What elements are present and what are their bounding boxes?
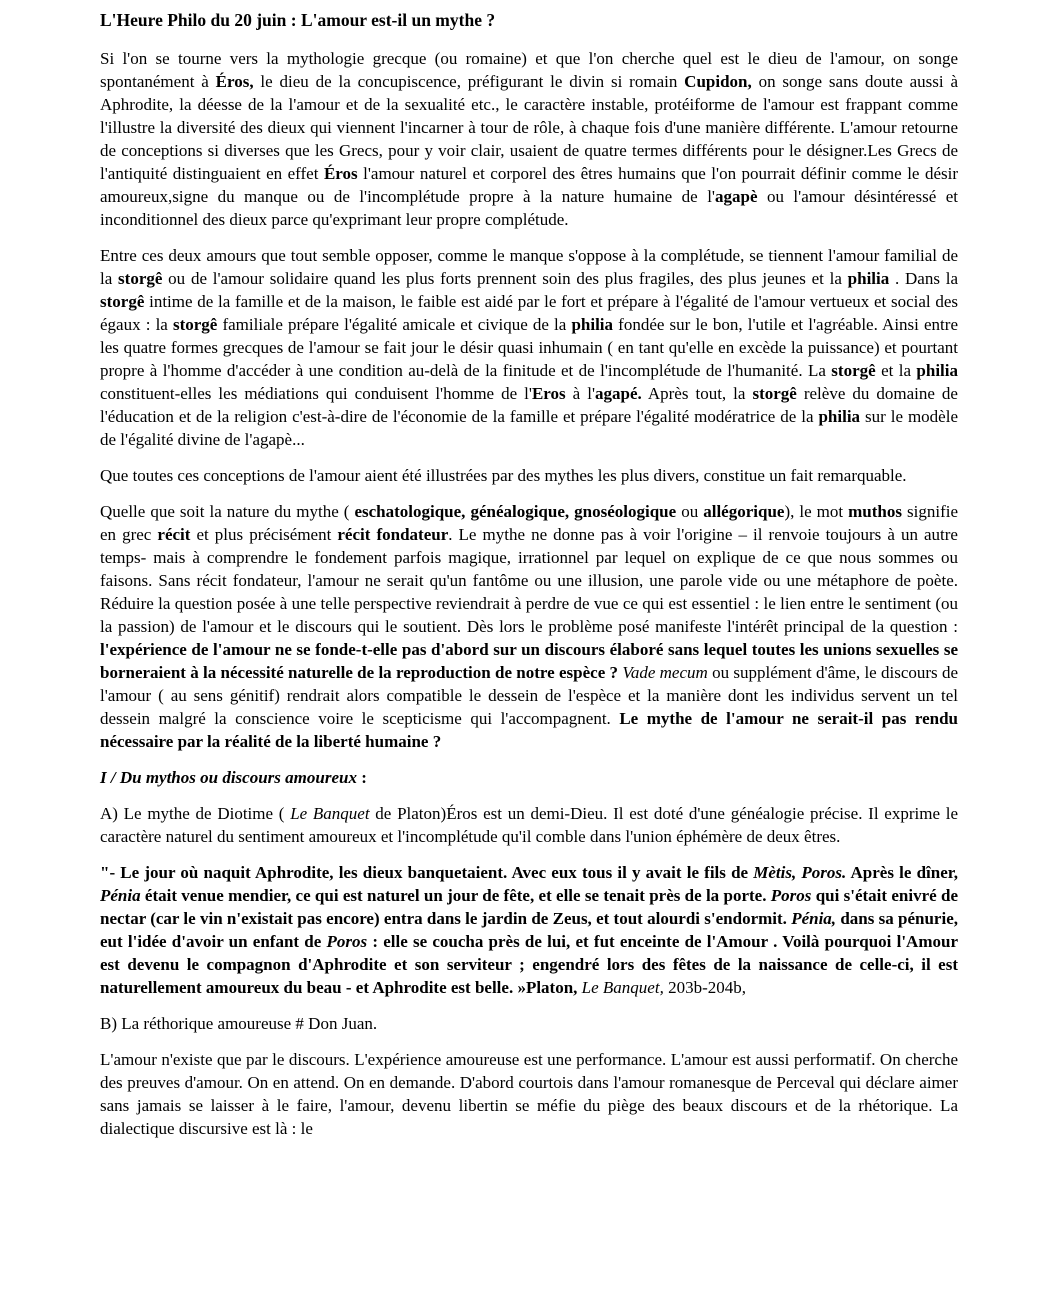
text-run: . Dans la bbox=[889, 269, 958, 288]
text-run: et plus précisément bbox=[190, 525, 337, 544]
paragraph-citation-banquet: "- Le jour où naquit Aphrodite, les dieu… bbox=[100, 861, 958, 999]
text-run: storgê bbox=[118, 269, 162, 288]
text-run: Quelle que soit la nature du mythe ( bbox=[100, 502, 354, 521]
text-run: récit fondateur bbox=[337, 525, 448, 544]
text-run: le dieu de la concupiscence, préfigurant… bbox=[254, 72, 685, 91]
text-run: Eros bbox=[532, 384, 566, 403]
text-run: agapé. bbox=[595, 384, 642, 403]
paragraph-mythologie-grecque: Si l'on se tourne vers la mythologie gre… bbox=[100, 47, 958, 231]
text-run: Éros, bbox=[216, 72, 254, 91]
text-run: storgê bbox=[100, 292, 144, 311]
text-run: storgê bbox=[173, 315, 217, 334]
text-run: "- Le jour où naquit Aphrodite, les dieu… bbox=[100, 863, 753, 882]
text-run: eschatologique, généalogique, gnoséologi… bbox=[354, 502, 676, 521]
text-run: philia bbox=[818, 407, 860, 426]
text-run: A) Le mythe de Diotime ( bbox=[100, 804, 290, 823]
paragraph-mythes-divers: Que toutes ces conceptions de l'amour ai… bbox=[100, 464, 958, 487]
text-run: philia bbox=[848, 269, 890, 288]
section-heading-mythos: I / Du mythos ou discours amoureux : bbox=[100, 766, 958, 789]
text-run: : bbox=[357, 768, 367, 787]
paragraph-quatre-amours: Entre ces deux amours que tout semble op… bbox=[100, 244, 958, 451]
text-run: Mètis, bbox=[753, 863, 796, 882]
document-title: L'Heure Philo du 20 juin : L'amour est-i… bbox=[100, 9, 958, 32]
text-run: était venue mendier, ce qui est naturel … bbox=[141, 886, 771, 905]
text-run: Après le dîner, bbox=[846, 863, 958, 882]
text-run: Vade mecum bbox=[622, 663, 707, 682]
text-run: muthos bbox=[848, 502, 902, 521]
text-run: Poros. bbox=[801, 863, 846, 882]
text-run: à l' bbox=[566, 384, 595, 403]
paragraph-amour-discours: L'amour n'existe que par le discours. L'… bbox=[100, 1048, 958, 1140]
paragraph-rhetorique-don-juan: B) La réthorique amoureuse # Don Juan. bbox=[100, 1012, 958, 1035]
text-run: storgê bbox=[752, 384, 796, 403]
text-run: familiale prépare l'égalité amicale et c… bbox=[217, 315, 571, 334]
text-run: Le Banquet bbox=[290, 804, 369, 823]
text-run: agapè bbox=[715, 187, 758, 206]
text-run: récit bbox=[157, 525, 190, 544]
text-run: Cupidon, bbox=[684, 72, 752, 91]
text-run: I / Du mythos ou discours amoureux bbox=[100, 768, 357, 787]
text-run: ), le mot bbox=[784, 502, 848, 521]
paragraph-nature-du-mythe: Quelle que soit la nature du mythe ( esc… bbox=[100, 500, 958, 753]
text-run: Après tout, la bbox=[642, 384, 753, 403]
text-run: ou de l'amour solidaire quand les plus f… bbox=[162, 269, 847, 288]
text-run: et la bbox=[876, 361, 917, 380]
text-run: Éros bbox=[324, 164, 358, 183]
paragraph-mythe-de-diotime: A) Le mythe de Diotime ( Le Banquet de P… bbox=[100, 802, 958, 848]
text-run: Que toutes ces conceptions de l'amour ai… bbox=[100, 466, 907, 485]
text-run: allégorique bbox=[703, 502, 784, 521]
text-run: Pénia, bbox=[791, 909, 836, 928]
text-run: L'amour n'existe que par le discours. L'… bbox=[100, 1050, 958, 1138]
text-run: 203b-204b, bbox=[664, 978, 746, 997]
text-run: ou bbox=[676, 502, 703, 521]
text-run: B) La réthorique amoureuse # Don Juan. bbox=[100, 1014, 377, 1033]
text-run: philia bbox=[571, 315, 613, 334]
text-run: Poros bbox=[771, 886, 812, 905]
text-run: Pénia bbox=[100, 886, 141, 905]
text-run: Le Banquet, bbox=[577, 978, 663, 997]
text-run: constituent-elles les médiations qui con… bbox=[100, 384, 532, 403]
document-page: L'Heure Philo du 20 juin : L'amour est-i… bbox=[0, 0, 1058, 1300]
text-run: philia bbox=[916, 361, 958, 380]
text-run: Poros bbox=[326, 932, 367, 951]
text-run: storgê bbox=[831, 361, 875, 380]
